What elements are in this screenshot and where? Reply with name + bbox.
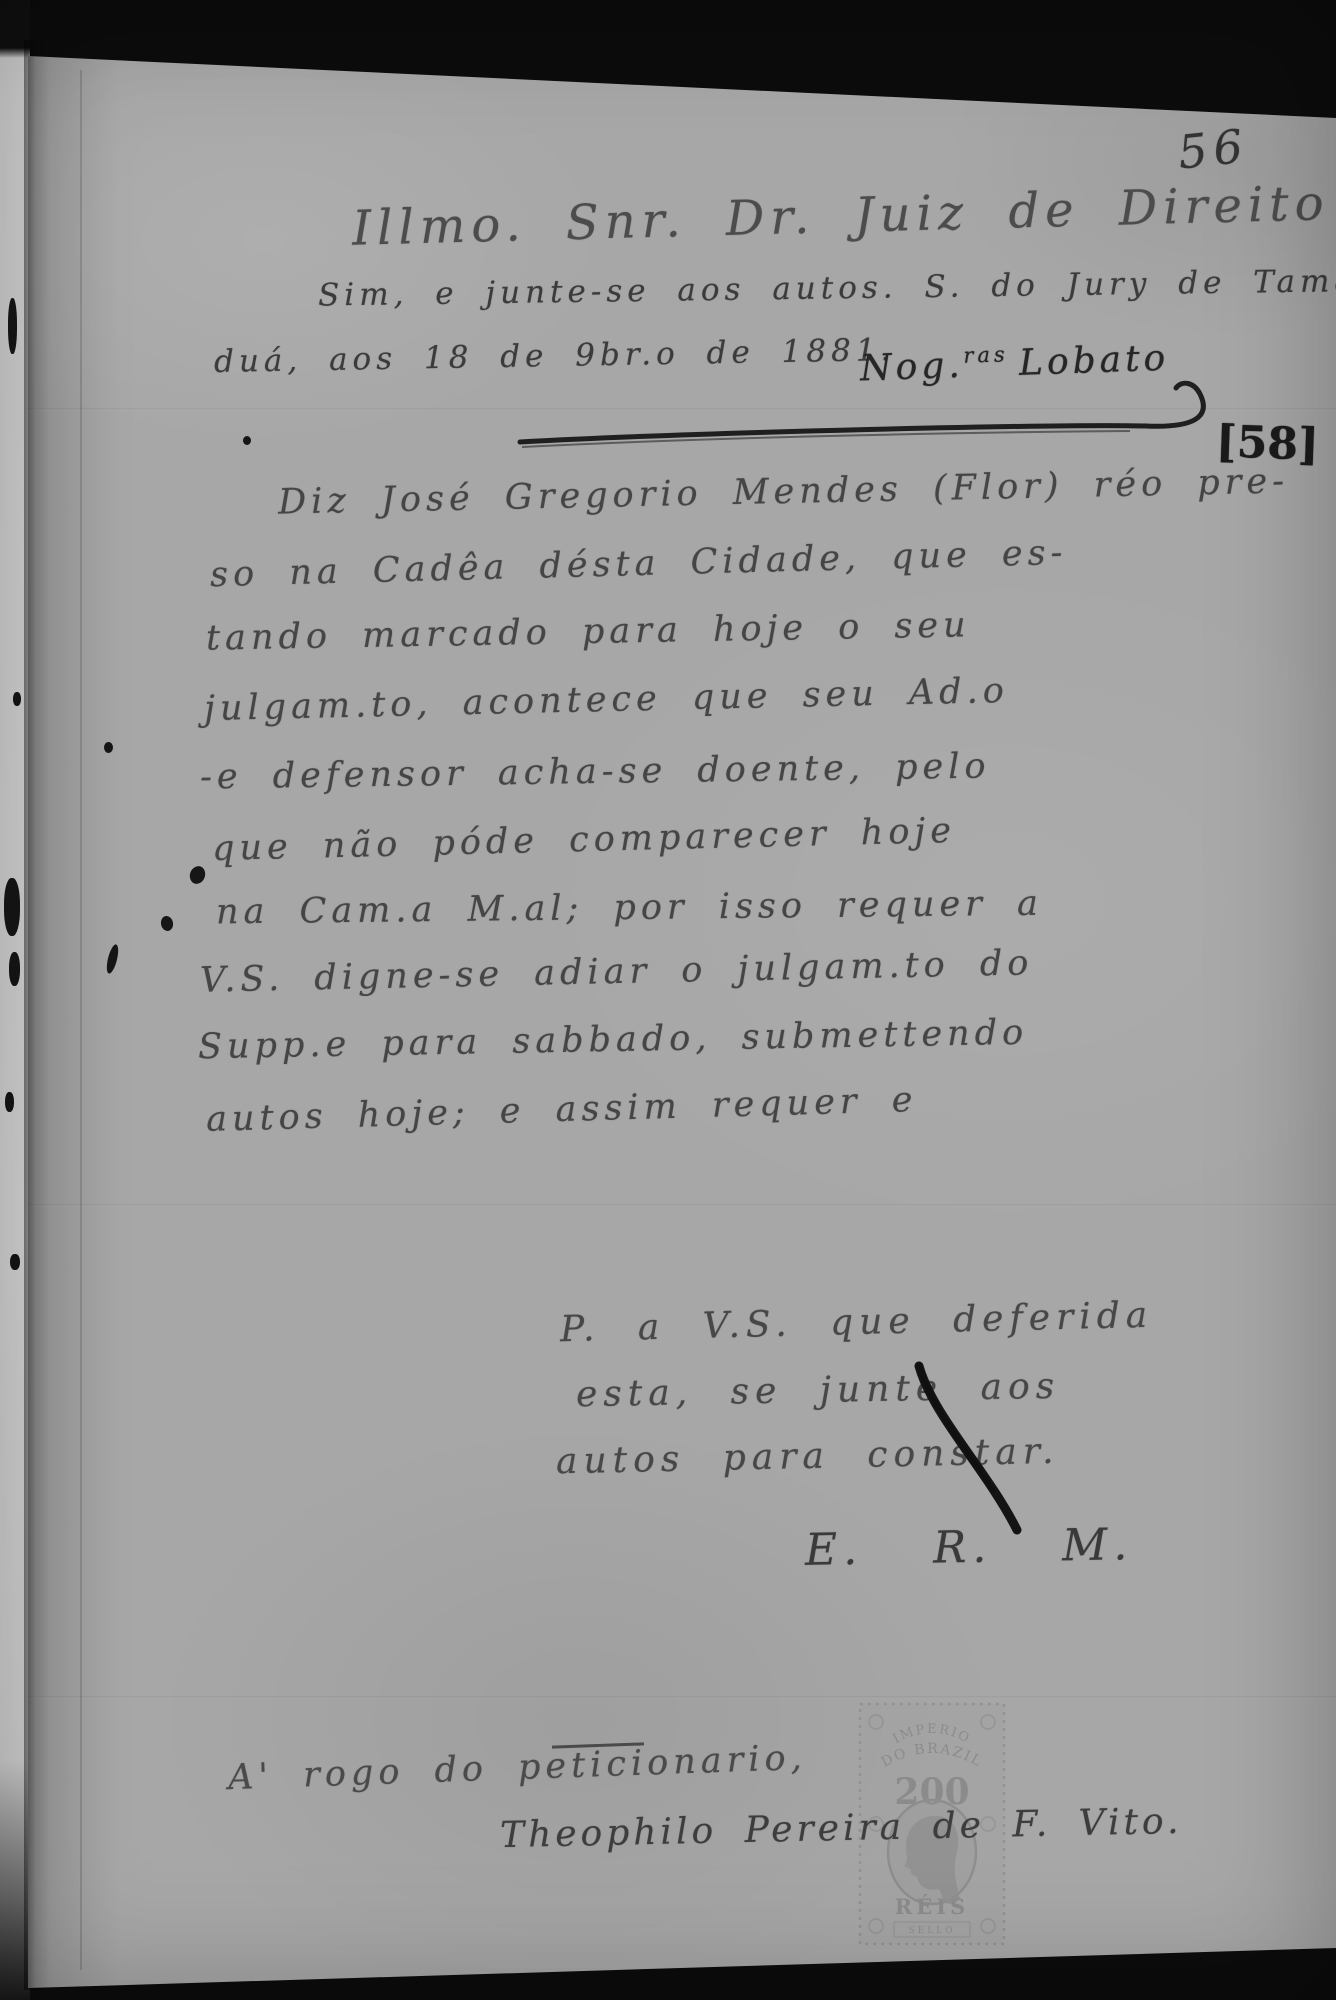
- fold-line: [28, 1204, 1336, 1207]
- ink-blot: [4, 878, 20, 936]
- ink-blot: [13, 692, 21, 706]
- folio-page-number: 56: [1175, 118, 1251, 179]
- ink-pen-stroke: [895, 1358, 1065, 1543]
- ink-blot: [9, 952, 20, 986]
- ink-blot: [243, 436, 251, 445]
- signature-superscript: ras: [963, 342, 1009, 368]
- ink-blot: [5, 1092, 14, 1112]
- scanned-manuscript-page: 56 Illmo. Snr. Dr. Juiz de Direito Sim, …: [0, 0, 1336, 2000]
- ink-blot: [8, 298, 17, 354]
- stamp-currency: RÉIS: [895, 1894, 969, 1919]
- ink-blot: [104, 742, 113, 753]
- stamp-bottom-label: SELLO: [908, 1926, 955, 1936]
- ink-blot: [10, 1254, 20, 1270]
- signature-flourish-underline: [500, 370, 1260, 460]
- courtesy-formula-erm: E. R. M.: [805, 1519, 1134, 1576]
- binding-seam-shadow: [24, 40, 50, 1990]
- page-crease-line: [80, 70, 82, 1970]
- fold-line: [28, 1696, 1336, 1699]
